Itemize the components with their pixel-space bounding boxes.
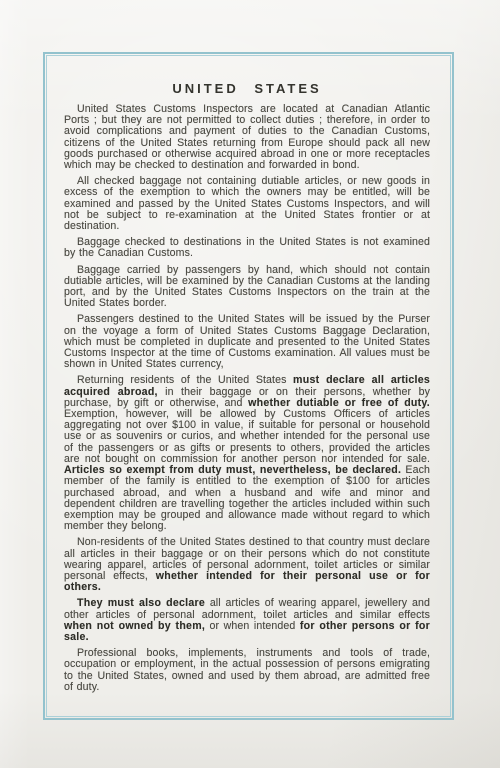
document-paragraphs: United States Customs Inspectors are loc…: [64, 104, 430, 693]
paragraph: Baggage carried by passengers by hand, w…: [64, 265, 430, 310]
body-text: United States Customs Inspectors are loc…: [64, 103, 430, 171]
body-text: Returning residents of the United States: [77, 374, 293, 386]
document-content: UNITED STATES United States Customs Insp…: [64, 81, 430, 698]
emphasized-text: when not owned by them,: [64, 620, 205, 632]
paragraph: United States Customs Inspectors are loc…: [64, 104, 430, 171]
body-text: Baggage carried by passengers by hand, w…: [64, 264, 430, 310]
body-text: or when intended: [205, 620, 300, 632]
body-text: Baggage checked to destinations in the U…: [64, 236, 430, 259]
paragraph: Professional books, implements, instrume…: [64, 648, 430, 693]
paragraph: Passengers destined to the United States…: [64, 314, 430, 370]
emphasized-text: They must also declare: [77, 597, 205, 609]
body-text: Exemption, however, will be allowed by C…: [64, 408, 430, 465]
paragraph: Returning residents of the United States…: [64, 375, 430, 532]
paragraph: All checked baggage not containing dutia…: [64, 176, 430, 232]
emphasized-text: whether dutiable or free of duty.: [248, 397, 430, 409]
page-title: UNITED STATES: [64, 81, 430, 96]
body-text: Professional books, implements, instrume…: [64, 647, 430, 693]
emphasized-text: Articles so exempt from duty must, never…: [64, 464, 401, 476]
body-text: All checked baggage not containing dutia…: [64, 175, 430, 232]
body-text: Passengers destined to the United States…: [64, 313, 430, 370]
paragraph: Baggage checked to destinations in the U…: [64, 237, 430, 259]
paragraph: Non-residents of the United States desti…: [64, 537, 430, 593]
paragraph: They must also declare all articles of w…: [64, 598, 430, 643]
decorative-border-frame: UNITED STATES United States Customs Insp…: [43, 52, 454, 720]
